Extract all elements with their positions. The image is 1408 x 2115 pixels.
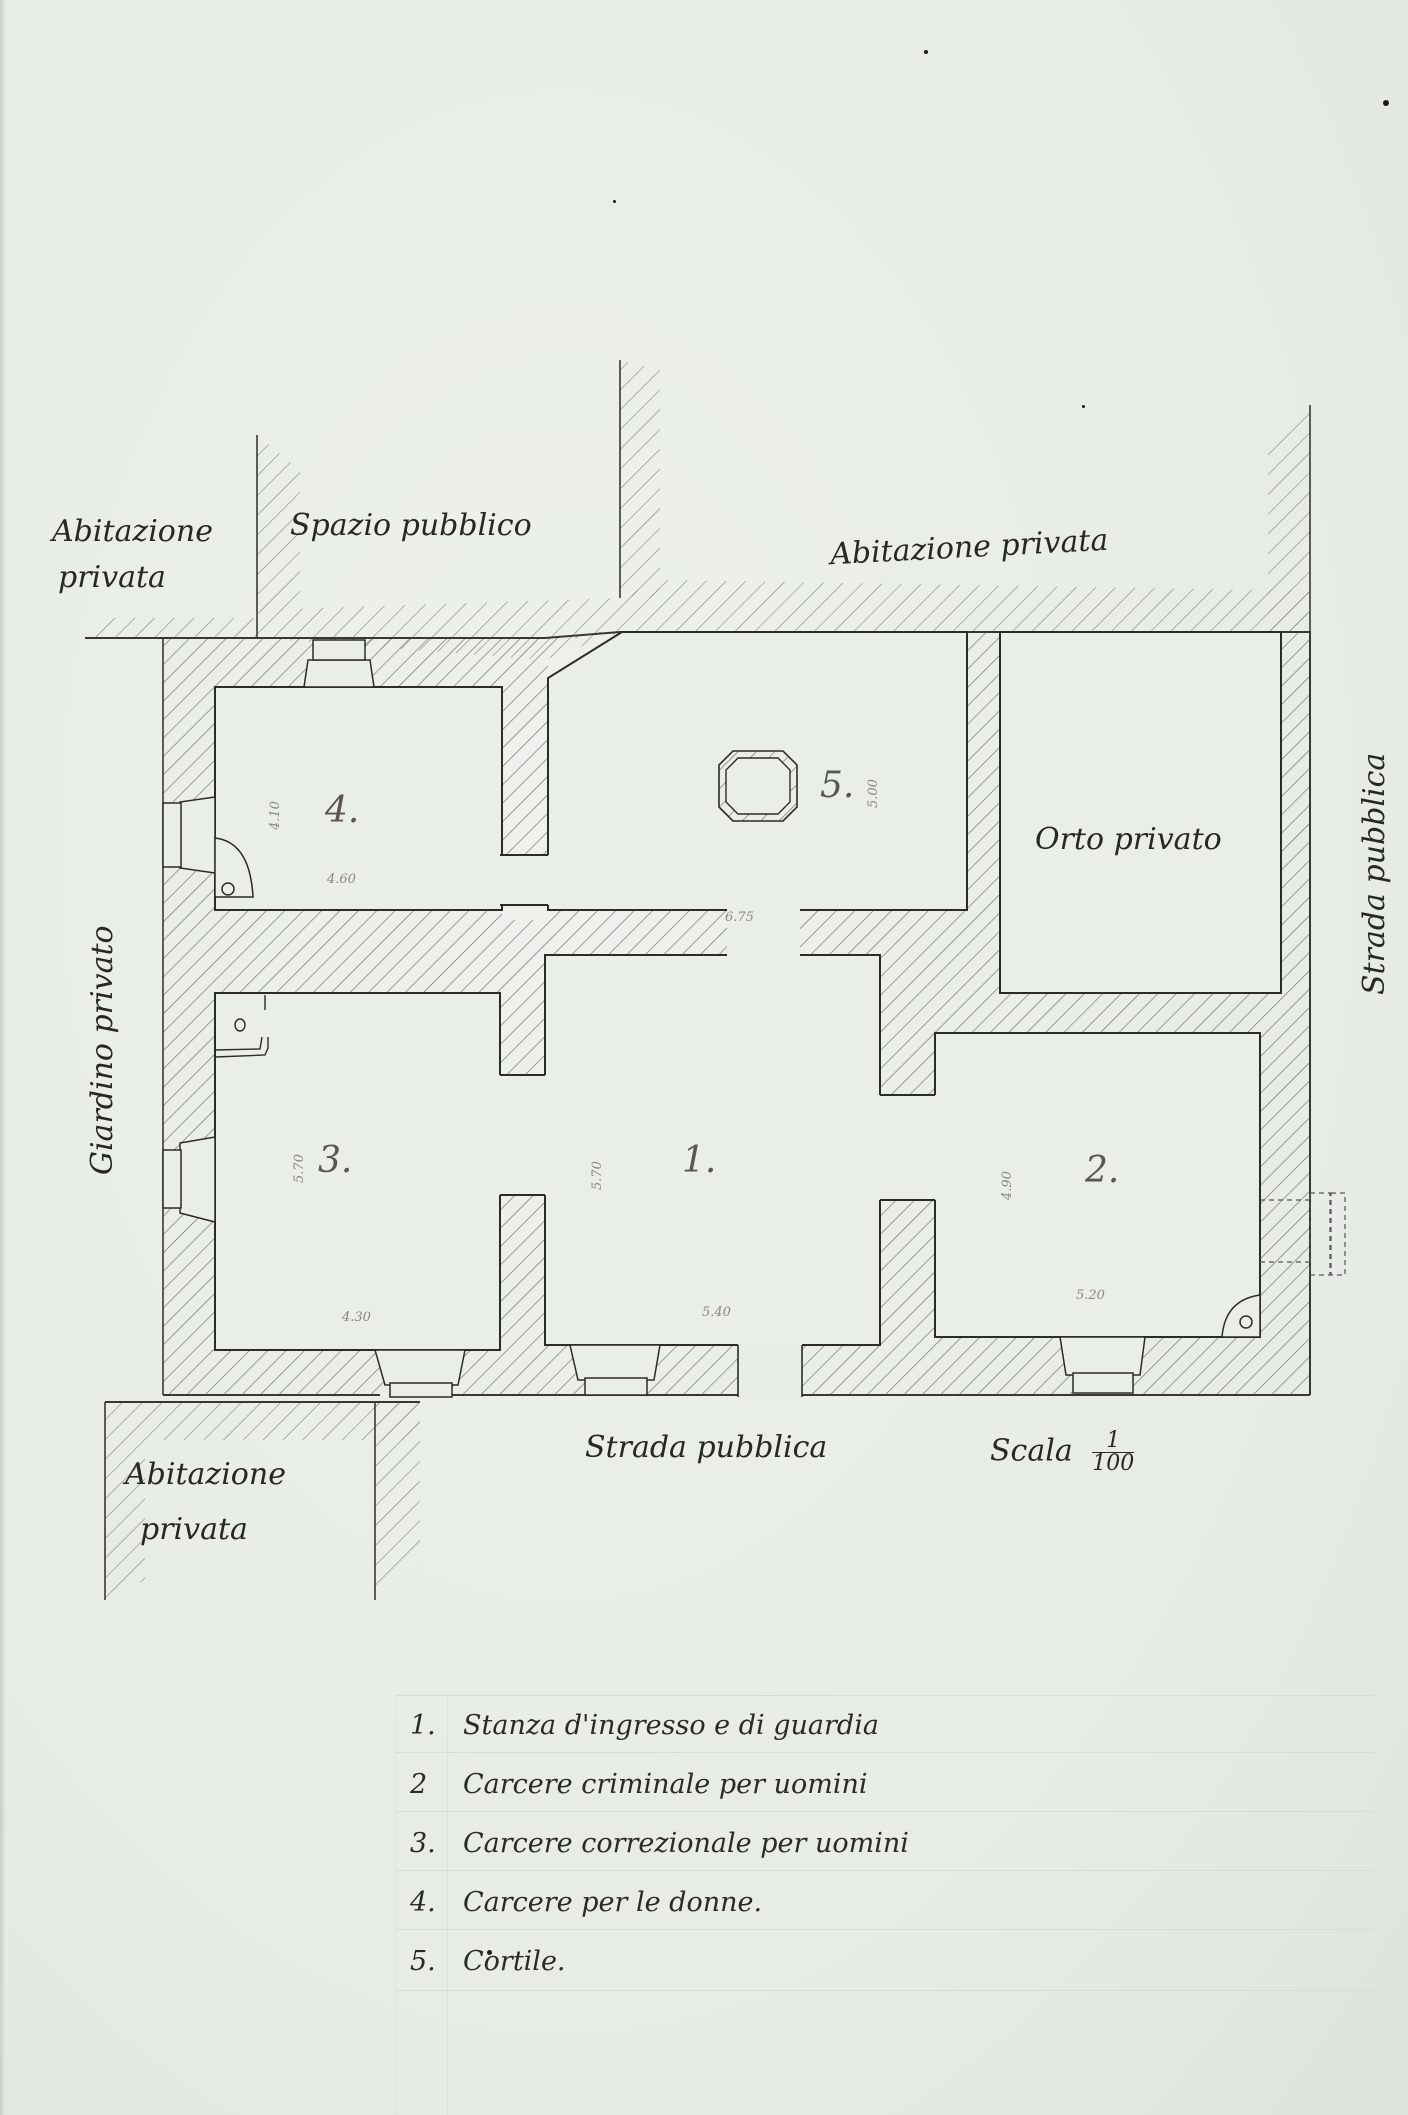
- dim-room2-height: 4.90: [1000, 1171, 1015, 1200]
- ink-speck: [613, 200, 616, 203]
- ink-speck: [487, 1950, 492, 1955]
- label-spazio-pubblico: Spazio pubblico: [290, 508, 532, 543]
- scale-label: Scala 1 100: [990, 1430, 1134, 1475]
- room-number-5: 5.: [820, 765, 854, 806]
- scale-denominator: 100: [1092, 1451, 1134, 1476]
- dim-room4-height: 4.10: [268, 801, 283, 830]
- legend-item: 2 Carcere criminale per uomini: [395, 1759, 1395, 1818]
- dim-room3-width: 4.30: [342, 1310, 371, 1325]
- scale-numerator: 1: [1092, 1430, 1134, 1453]
- legend-item: 1. Stanza d'ingresso e di guardia: [395, 1700, 1395, 1759]
- legend-item: 5. Cortile.: [395, 1936, 1395, 1995]
- dim-room2-width: 5.20: [1076, 1288, 1105, 1303]
- dim-room3-height: 5.70: [292, 1154, 307, 1183]
- ink-speck: [1383, 100, 1389, 106]
- legend-text: Carcere correzionale per uomini: [463, 1828, 909, 1859]
- room-number-2: 2.: [1085, 1150, 1119, 1191]
- courtyard-well: [719, 751, 797, 821]
- legend-number: 4.: [410, 1887, 436, 1918]
- label-privata-top-left: privata: [58, 560, 166, 595]
- dim-room5-width: 6.75: [725, 910, 754, 925]
- dim-room5-height: 5.00: [866, 779, 881, 808]
- legend-number: 1.: [410, 1710, 436, 1741]
- legend-item: 3. Carcere correzionale per uomini: [395, 1818, 1395, 1877]
- legend: 1. Stanza d'ingresso e di guardia 2 Carc…: [395, 1700, 1395, 1995]
- room-number-4: 4.: [325, 790, 359, 831]
- dim-room4-width: 4.60: [327, 872, 356, 887]
- legend-text: Cortile.: [463, 1946, 566, 1977]
- legend-text: Stanza d'ingresso e di guardia: [463, 1710, 879, 1741]
- legend-item: 4. Carcere per le donne.: [395, 1877, 1395, 1936]
- dim-room1-height: 5.70: [590, 1161, 605, 1190]
- legend-number: 2: [410, 1769, 427, 1800]
- label-privata-bottom-left: privata: [140, 1512, 248, 1547]
- legend-text: Carcere per le donne.: [463, 1887, 762, 1918]
- legend-text: Carcere criminale per uomini: [463, 1769, 867, 1800]
- scale-text: Scala: [990, 1434, 1073, 1469]
- label-strada-pubblica-bottom: Strada pubblica: [585, 1430, 827, 1465]
- legend-number: 3.: [410, 1828, 436, 1859]
- ink-speck: [924, 50, 928, 54]
- room-number-1: 1.: [682, 1140, 716, 1181]
- ink-speck: [1082, 405, 1085, 408]
- room-number-3: 3.: [318, 1140, 352, 1181]
- label-orto-privato: Orto privato: [1035, 822, 1222, 857]
- legend-number: 5.: [410, 1946, 436, 1977]
- label-abitazione-top-left: Abitazione: [52, 514, 213, 549]
- label-abitazione-bottom-left: Abitazione: [125, 1457, 286, 1492]
- dim-room1-width: 5.40: [702, 1305, 731, 1320]
- scale-fraction: 1 100: [1092, 1430, 1134, 1475]
- label-strada-pubblica-right: Strada pubblica: [1357, 753, 1392, 995]
- label-giardino-privato: Giardino privato: [85, 925, 120, 1175]
